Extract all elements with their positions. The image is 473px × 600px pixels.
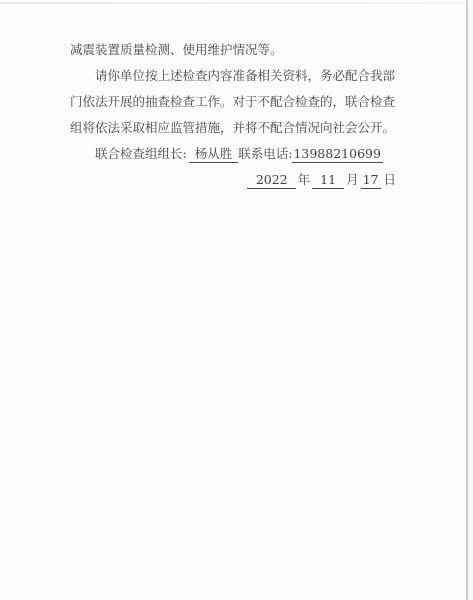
date-line: 2022年11月17日 bbox=[70, 167, 398, 193]
date-day-underlined: 17 bbox=[361, 172, 382, 189]
date-month-underlined: 11 bbox=[312, 172, 344, 189]
contact-phone-underlined: 13988210699 bbox=[292, 146, 382, 163]
body-line-1: 减震装置质量检测、使用维护情况等。 bbox=[70, 37, 398, 63]
document-body: 减震装置质量检测、使用维护情况等。 请你单位按上述检查内容准备相关资料，务必配合… bbox=[70, 37, 398, 193]
body-line-4: 组将依法采取相应监管措施，并将不配合情况向社会公开。 bbox=[70, 115, 398, 141]
date-year-label: 年 bbox=[298, 172, 311, 187]
date-year-underlined: 2022 bbox=[247, 172, 296, 189]
date-month-label: 月 bbox=[346, 172, 359, 187]
date-day-label: 日 bbox=[383, 172, 396, 187]
scan-top-edge bbox=[0, 2, 473, 4]
page-right-edge bbox=[466, 0, 468, 600]
signature-line: 联合检查组组长:杨从胜联系电话:13988210699 bbox=[70, 141, 398, 167]
body-line-2: 请你单位按上述检查内容准备相关资料，务必配合我部 bbox=[70, 63, 398, 89]
scan-right-gutter bbox=[468, 0, 473, 600]
document-page: 减震装置质量检测、使用维护情况等。 请你单位按上述检查内容准备相关资料，务必配合… bbox=[0, 0, 473, 600]
leader-label: 联合检查组组长: bbox=[95, 146, 187, 161]
body-line-3: 门依法开展的抽查检查工作。对于不配合检查的，联合检查 bbox=[70, 89, 398, 115]
contact-label: 联系电话: bbox=[238, 146, 292, 161]
leader-name-underlined: 杨从胜 bbox=[189, 146, 239, 163]
